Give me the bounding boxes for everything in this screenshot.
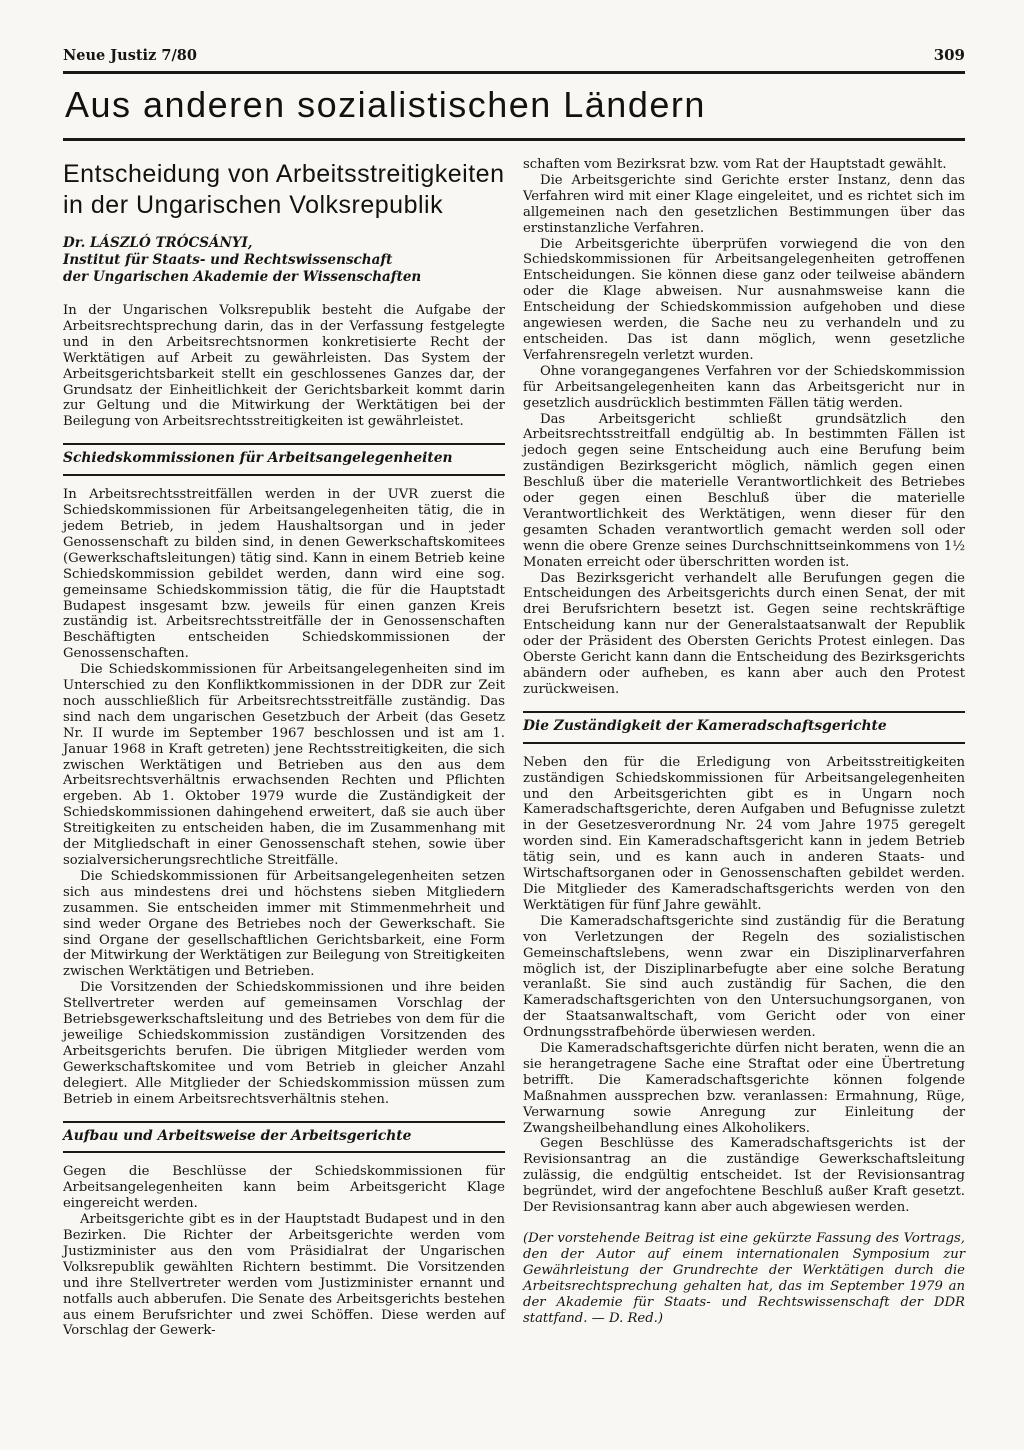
paragraph: Arbeitsgerichte gibt es in der Hauptstad… [63, 1212, 505, 1339]
section-heading: Schiedskommissionen für Arbeitsangelegen… [63, 443, 505, 476]
paragraph: In der Ungarischen Volksrepublik besteht… [63, 303, 505, 430]
author-affiliation-line-2: der Ungarischen Akademie der Wissenschaf… [63, 269, 505, 286]
journal-page: Neue Justiz 7/80 309 Aus anderen soziali… [0, 0, 1024, 1450]
paragraph: Das Arbeitsgericht schließt grundsätzlic… [523, 412, 965, 571]
article-title-line-1: Entscheidung von Arbeitsstreitigkeiten [63, 159, 505, 190]
left-column-text: In der Ungarischen Volksrepublik besteht… [63, 303, 505, 1339]
paragraph: Neben den für die Erledigung von Arbeits… [523, 755, 965, 914]
page-header: Neue Justiz 7/80 309 [63, 46, 965, 74]
section-banner-title: Aus anderen sozialistischen Ländern [63, 74, 965, 141]
section-heading: Die Zuständigkeit der Kameradschaftsgeri… [523, 711, 965, 744]
column-left: Entscheidung von Arbeitsstreitigkeiten i… [63, 157, 505, 1339]
author-block: Dr. LÁSZLÓ TRÓCSÁNYI, Institut für Staat… [63, 235, 505, 286]
paragraph: Das Bezirksgericht verhandelt alle Beruf… [523, 571, 965, 698]
paragraph: In Arbeitsrechtsstreitfällen werden in d… [63, 487, 505, 662]
paragraph: Die Kameradschaftsgerichte dürfen nicht … [523, 1041, 965, 1136]
article-title: Entscheidung von Arbeitsstreitigkeiten i… [63, 159, 505, 221]
author-affiliation-line-1: Institut für Staats- und Rechtswissensch… [63, 252, 505, 269]
right-column-text: schaften vom Bezirksrat bzw. vom Rat der… [523, 157, 965, 1326]
page-number: 309 [934, 46, 965, 64]
paragraph: Die Arbeitsgerichte überprüfen vorwiegen… [523, 237, 965, 364]
paragraph: Ohne vorangegangenes Verfahren vor der S… [523, 364, 965, 412]
paragraph: Die Arbeitsgerichte sind Gerichte erster… [523, 173, 965, 237]
column-right: schaften vom Bezirksrat bzw. vom Rat der… [523, 157, 965, 1339]
author-name: Dr. LÁSZLÓ TRÓCSÁNYI, [63, 235, 505, 252]
paragraph: Die Kameradschaftsgerichte sind zuständi… [523, 914, 965, 1041]
paragraph: Die Vorsitzenden der Schiedskommissionen… [63, 980, 505, 1107]
paragraph: Gegen die Beschlüsse der Schiedskommissi… [63, 1164, 505, 1212]
paragraph: schaften vom Bezirksrat bzw. vom Rat der… [523, 157, 965, 173]
journal-issue-label: Neue Justiz 7/80 [63, 47, 197, 64]
article-title-line-2: in der Ungarischen Volksrepublik [63, 190, 505, 221]
section-heading: Aufbau und Arbeitsweise der Arbeitsgeric… [63, 1121, 505, 1154]
paragraph: Gegen Beschlüsse des Kameradschaftsgeric… [523, 1136, 965, 1216]
editorial-note: (Der vorstehende Beitrag ist eine gekürz… [523, 1231, 965, 1326]
paragraph: Die Schiedskommissionen für Arbeitsangel… [63, 662, 505, 869]
two-column-layout: Entscheidung von Arbeitsstreitigkeiten i… [63, 157, 965, 1339]
paragraph: Die Schiedskommissionen für Arbeitsangel… [63, 869, 505, 980]
